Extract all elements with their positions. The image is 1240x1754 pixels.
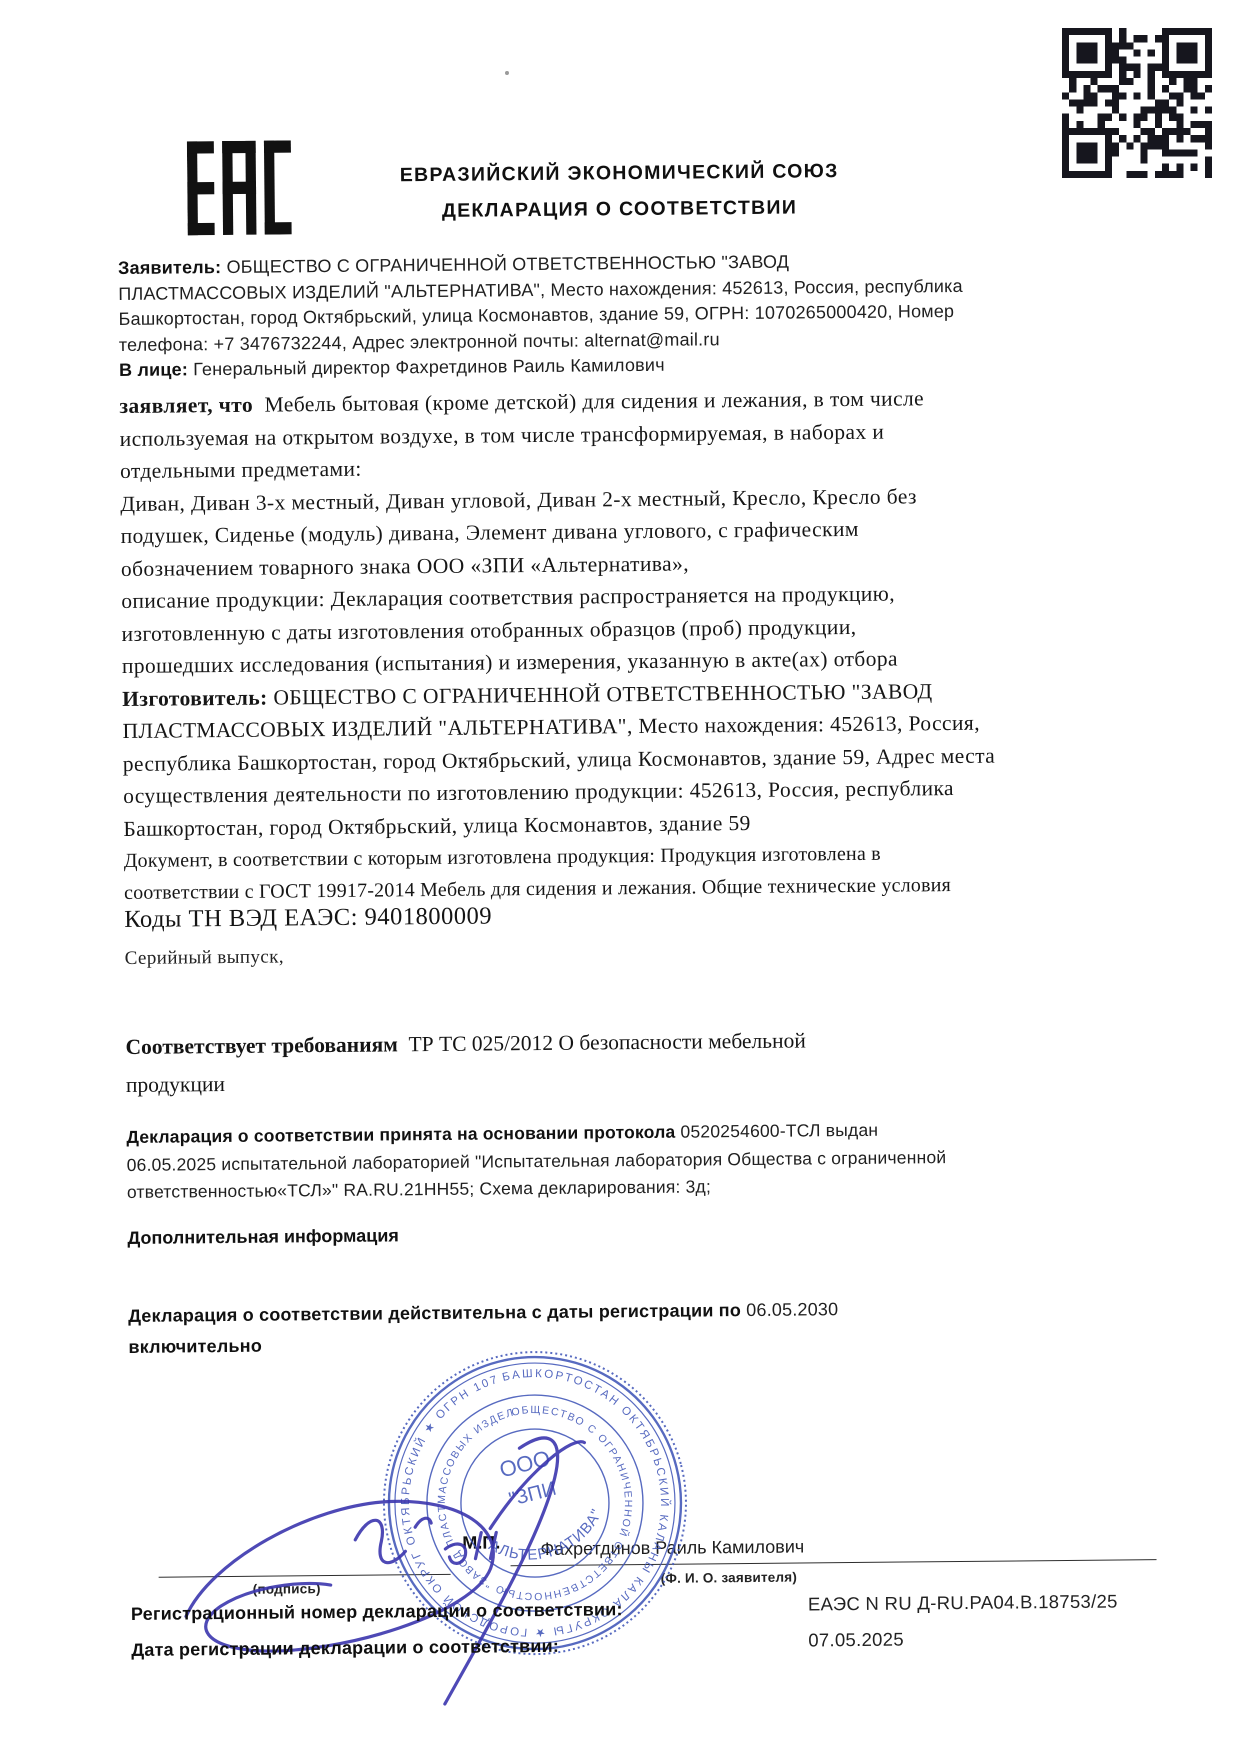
line-text: Документ, в соответствии с которым изгот… (124, 843, 881, 872)
line-text: телефона: +7 3476732244, Адрес электронн… (119, 329, 720, 355)
line-text: ОБЩЕСТВО С ОГРАНИЧЕННОЙ ОТВЕТСТВЕННОСТЬЮ… (221, 252, 789, 277)
line-text: 06.05.2025 испытательной лабораторией "И… (127, 1147, 947, 1175)
registration-date-label: Дата регистрации декларации о соответств… (131, 1636, 559, 1661)
line-text: ПЛАСТМАССОВЫХ ИЗДЕЛИЙ "АЛЬТЕРНАТИВА", Ме… (122, 711, 980, 743)
conformity-block: Соответствует требованиям ТР ТС 025/2012… (125, 1018, 1170, 1104)
line-text: прошедших исследования (испытания) и изм… (122, 647, 898, 678)
registration-number-value: ЕАЭС N RU Д-RU.РА04.В.18753/25 (808, 1590, 1118, 1615)
line-text: ТР ТС 025/2012 О безопасности мебельной (398, 1028, 806, 1056)
signature-strokes (159, 1407, 632, 1711)
line-bold-label: Соответствует требованиям (125, 1032, 397, 1059)
product-and-manufacturer-block: заявляет, что Мебель бытовая (кроме детс… (119, 380, 1167, 845)
line-text: изготовленную с даты изготовления отобра… (121, 614, 856, 645)
line-text: обозначением товарного знака ООО «ЗПИ «А… (121, 551, 689, 580)
line-text: отдельными предметами: (120, 457, 362, 483)
line-text: республика Башкортостан, город Октябрьск… (123, 743, 996, 775)
line-text: подушек, Сиденье (модуль) дивана, Элемен… (121, 517, 859, 548)
line-text: 06.05.2030 (741, 1299, 838, 1320)
line-text: продукции (126, 1072, 225, 1097)
line-bold-label: Заявитель: (118, 257, 221, 278)
line-text: Башкортостан, город Октябрьский, улица К… (118, 301, 954, 329)
document-body: ЕВРАЗИЙСКИЙ ЭКОНОМИЧЕСКИЙ СОЮЗ ДЕКЛАРАЦИ… (0, 0, 1240, 1754)
declaration-document: ЕВРАЗИЙСКИЙ ЭКОНОМИЧЕСКИЙ СОЮЗ ДЕКЛАРАЦИ… (0, 0, 1240, 1754)
line-text: ОБЩЕСТВО С ОГРАНИЧЕННОЙ ОТВЕТСТВЕННОСТЬЮ… (268, 679, 933, 709)
line-text: ответственностью«ТСЛ»" RA.RU.21НН55; Схе… (127, 1176, 711, 1202)
line-bold-label: В лице: (119, 359, 188, 380)
applicant-block: Заявитель: ОБЩЕСТВО С ОГРАНИЧЕННОЙ ОТВЕТ… (118, 246, 1163, 384)
line-text: используемая на открытом воздухе, в том … (120, 419, 885, 450)
line-bold-label: Изготовитель: (122, 685, 268, 710)
line-text: описание продукции: Декларация соответст… (121, 582, 895, 613)
line-bold-label: Декларация о соответствии принята на осн… (126, 1122, 675, 1147)
protocol-basis-block: Декларация о соответствии принята на осн… (126, 1114, 1171, 1207)
declaration-title: ДЕКЛАРАЦИЯ О СООТВЕТСТВИИ (0, 192, 1240, 227)
line-text: 0520254600-ТСЛ выдан (675, 1120, 878, 1142)
line-text: осуществления деятельности по изготовлен… (123, 776, 954, 808)
serial-release-line: Серийный выпуск, (125, 938, 1169, 970)
line-bold-label: заявляет, что (119, 393, 253, 418)
line-text: Диван, Диван 3-х местный, Диван угловой,… (120, 484, 917, 516)
union-title: ЕВРАЗИЙСКИЙ ЭКОНОМИЧЕСКИЙ СОЮЗ (0, 156, 1239, 191)
additional-info-heading: Дополнительная информация (127, 1218, 1171, 1249)
line-bold-label: Декларация о соответствии действительна … (128, 1300, 741, 1326)
line-text: Генеральный директор Фахретдинов Раиль К… (188, 355, 665, 380)
line-text: Башкортостан, город Октябрьский, улица К… (123, 810, 751, 840)
handwritten-signature (159, 1407, 632, 1711)
registration-date-value: 07.05.2025 (808, 1629, 904, 1652)
line-text: Мебель бытовая (кроме детской) для сиден… (253, 386, 924, 416)
line-bold-label: включительно (128, 1336, 262, 1357)
